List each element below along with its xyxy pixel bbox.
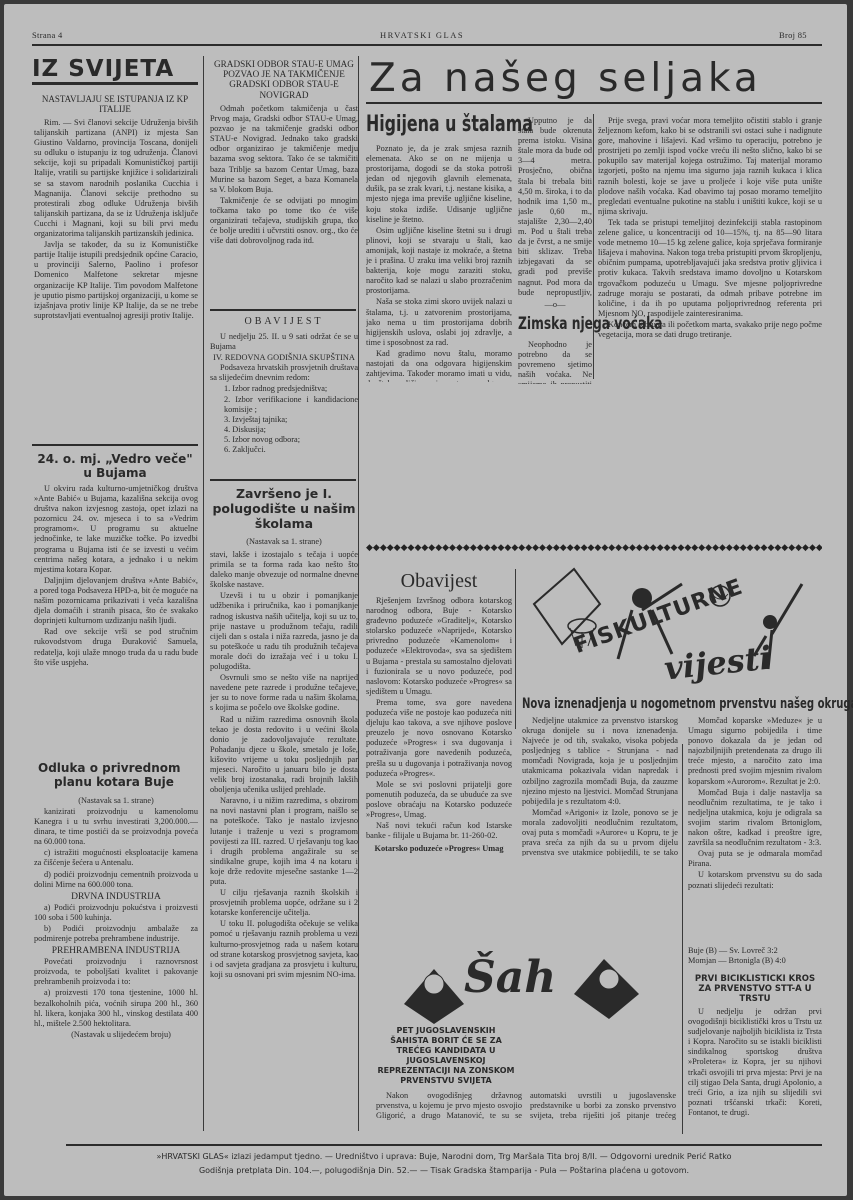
agenda-item: 3. Izvještaj tajnika; [224,415,358,425]
article-paragraph: Nedjeljne utakmice za prvenstvo istarsko… [522,716,678,807]
article-rule [210,479,356,481]
notice-text: Naš novi tekući račun kod Istarske banke… [366,821,512,841]
article-biciklisticki-kros: U nedjelju je održan prvi ovogodišnji bi… [688,1007,822,1129]
section-title-iz-svijeta: IZ SVIJETA [32,56,174,82]
header-rule [32,44,822,46]
article-headline: NASTAVLJAJU SE ISTUPANJA IZ KP ITALIJE [34,94,196,114]
footer-rule [66,1144,822,1146]
article-paragraph: Prije svega, pravi voćar mora temeljito … [598,116,822,217]
column-divider [682,744,683,1134]
results-list: Buje (B) — Sv. Lovreč 3:2 Momjan — Brton… [688,946,822,966]
article-paragraph: Momčad »Arigoni« iz Izole, ponovo se je … [522,808,678,856]
section-rule [366,102,822,104]
article-headline: Higijena u štalama [366,112,533,137]
chess-banner-text: Šah [464,952,556,1003]
article-nogomet: Nedjeljne utakmice za prvenstvo istarsko… [522,716,678,856]
article-higijena: Poznato je, da je zrak smjesa raznih ele… [366,144,512,382]
article-paragraph: Povećati proizvodnju i raznovrsnost proi… [34,957,198,987]
agenda-list: 1. Izbor radnog predsjedništva; 2. Izbor… [210,384,358,455]
notice-signature: Kotarsko poduzeće »Progres« Umag [366,844,512,854]
notice-skupstina: U nedjelju 25. II. u 9 sati održat će se… [210,332,358,474]
agenda-item: 5. Izbor novog odbora; [224,435,358,445]
article-paragraph: Takmičenje će se odvijati po mnogim točk… [210,196,358,246]
article-paragraph: Koncem februara ili početkom marta, svak… [598,320,822,340]
article-paragraph: Javlja se također, da su iz Komunističke… [34,240,198,321]
article-zimska-njega-cont: Prije svega, pravi voćar mora temeljito … [598,116,822,382]
article-paragraph: Poznato je, da je zrak smjesa raznih ele… [366,144,512,225]
article-kp-italije: Rim. — Svi članovi sekcije Udruženja biv… [34,118,198,440]
continued-note: (Nastavak u slijedećem broju) [34,1030,198,1040]
article-headline: Nova iznenadjenja u nogometnom prvenstvu… [522,696,853,712]
article-higijena-cont: Upputno je da štala bude okrenuta prema … [518,116,592,298]
article-paragraph: Odmah početkom takmičenja u čast Prvog m… [210,104,358,195]
article-paragraph: Momčad Buja i dalje nastavlja sa neodluč… [688,788,822,849]
article-paragraph: stavi, lakše i izostajalo s tečaja i uop… [210,550,358,590]
article-paragraph: Osvrnuli smo se nešto više na naprijed n… [210,673,358,713]
article-paragraph: c) istražiti mogućnosti eksploatacije ka… [34,848,198,868]
article-paragraph: Uzevši i tu u obzir i pomanjkanje udžben… [210,591,358,672]
article-paragraph: a) Podići proizvodnju pokućstva i proizv… [34,903,198,923]
footer-subscription: Godišnja pretplata Din. 104.—, polugodiš… [66,1166,822,1175]
page-number: Strana 4 [32,30,63,40]
article-paragraph: Nakon ovogodišnjeg državnog prvenstva, u… [376,1091,676,1131]
article-paragraph: Tek tada se pristupi temeljitoj dezinfek… [598,218,822,319]
article-paragraph: Rad u nižim razredima osnovnih škola tek… [210,715,358,796]
article-nogomet-cont: Momčad koparske »Meduze« je u Umagu sigu… [688,716,822,948]
article-paragraph: Naravno, i u nižim razredima, s obzirom … [210,796,358,887]
issue-number: Broj 85 [779,30,807,40]
article-privredni-plan: kanizirati proizvodnju u kamenolomu Kane… [34,807,198,1129]
section-rule [32,82,198,85]
agenda-item: 6. Zaključci. [224,445,358,455]
article-zimska-njega: Neophodno je potrebno da se povremeno sj… [518,340,592,384]
column-divider [203,56,204,1131]
article-headline: Završeno je I. polugodište u našim škola… [212,486,356,531]
article-headline: PRVI BICIKLISTIČKI KROS ZA PRVENSTVO STT… [688,974,822,1004]
article-paragraph: Rim. — Svi članovi sekcije Udruženja biv… [34,118,198,239]
article-headline: 24. o. mj. „Vedro veče" u Bujama [32,452,198,480]
agenda-item: 1. Izbor radnog predsjedništva; [224,384,358,394]
decorative-border: ◆◆◆◆◆◆◆◆◆◆◆◆◆◆◆◆◆◆◆◆◆◆◆◆◆◆◆◆◆◆◆◆◆◆◆◆◆◆◆◆… [366,542,822,553]
article-paragraph: U cilju rješavanja raznih školskih i pro… [210,888,358,918]
sub-heading: DRVNA INDUSTRIJA [34,891,198,903]
article-paragraph: U toku II. polugodišta očekuje se velika… [210,919,358,980]
article-vedro-vece: U okviru rada kulturno-umjetničkog društ… [34,484,198,754]
notice-text: Rješenjem Izvršnog odbora kotarskog naro… [366,596,512,697]
article-paragraph: Osim ugljične kiseline štetni su i drugi… [366,226,512,297]
article-sah: Nakon ovogodišnjeg državnog prvenstva, u… [376,1091,676,1131]
article-headline: GRADSKI ODBOR STAU-E UMAG POZVAO JE NA T… [210,59,358,100]
article-paragraph: U okviru rada kulturno-umjetničkog društ… [34,484,198,575]
article-paragraph: b) Podići proizvodnju ambalaže za podmir… [34,924,198,944]
article-paragraph: Kad gradimo novu štalu, moramo nastojati… [366,349,512,382]
article-paragraph: Ovaj puta se je odmarala momčad Pirana. [688,849,822,869]
newspaper-page: Strana 4 HRVATSKI GLAS Broj 85 IZ SVIJET… [4,4,847,1196]
article-rule [210,309,356,311]
separator: —o— [518,300,592,310]
match-result: Buje (B) — Sv. Lovreč 3:2 [688,946,822,956]
article-paragraph: kanizirati proizvodnju u kamenolomu Kane… [34,807,198,847]
newspaper-name: HRVATSKI GLAS [380,30,464,40]
article-headline: Odluka o privrednom [38,762,202,775]
article-stau-takmicenje: Odmah početkom takmičenja u čast Prvog m… [210,104,358,296]
article-headline: planu kotara Buje [54,776,204,789]
column-divider [515,569,516,729]
column-divider [358,56,359,1131]
article-polugodiste: stavi, lakše i izostajalo s tečaja i uop… [210,550,358,1132]
footer-imprint: »HRVATSKI GLAS« izlazi jedamput tjedno. … [66,1152,822,1161]
notice-progres: Rješenjem Izvršnog odbora kotarskog naro… [366,596,512,926]
continued-note: (Nastavak sa 1. strane) [210,537,358,547]
article-paragraph: Daljnjim djelovanjem društva »Ante Babić… [34,576,198,626]
article-paragraph: Upputno je da štala bude okrenuta prema … [518,116,592,298]
column-divider [593,114,594,379]
sub-heading: PREHRAMBENA INDUSTRIJA [34,945,198,957]
agenda-item: 2. Izbor verifikacione i kandidacione ko… [224,395,358,415]
article-paragraph: Naša se stoka zimi skoro uvijek nalazi u… [366,297,512,347]
notice-text: Mole se svi poslovni prijatelji gore pom… [366,780,512,820]
continued-note: (Nastavak sa 1. strane) [34,796,198,806]
article-headline: PET JUGOSLAVENSKIH ŠAHISTA BORIT ĆE SE Z… [376,1026,516,1086]
article-paragraph: Momčad koparske »Meduze« je u Umagu sigu… [688,716,822,787]
article-rule [32,444,198,446]
notice-text: Podsaveza hrvatskih prosvjetnih društava… [210,363,358,383]
agenda-item: 4. Diskusija; [224,425,358,435]
article-paragraph: Neophodno je potrebno da se povremeno sj… [518,340,592,384]
notice-headline: OBAVIJEST [210,317,358,327]
article-paragraph: d) podići proizvodnju cementnih proizvod… [34,870,198,890]
notice-headline: Obavijest [366,569,512,593]
notice-title: IV. REDOVNA GODIŠNJA SKUPŠTINA [210,353,358,363]
notice-text: U nedjelju 25. II. u 9 sati održat će se… [210,332,358,352]
match-result: Momjan — Brtonigla (B) 4:0 [688,956,822,966]
article-paragraph: a) proizvesti 170 tona tjestenine, 1000 … [34,988,198,1028]
section-title-za-naseg-seljaka: Za našeg seljaka [369,56,762,101]
article-paragraph: Rad ove sekcije vrši se pod stručnim ruk… [34,627,198,667]
notice-text: Prema tome, sva gore navedena poduzeća v… [366,698,512,779]
article-paragraph: U nedjelju je održan prvi ovogodišnji bi… [688,1007,822,1118]
article-paragraph: U kotarskom prvenstvu su do sada poznati… [688,870,822,890]
